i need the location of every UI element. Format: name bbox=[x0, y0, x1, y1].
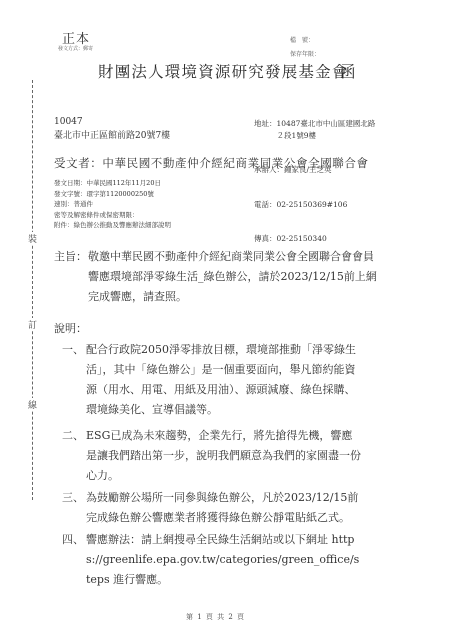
document-meta: 發文日期：中華民國112年11月20日 發文字號：環字第1120000250號 … bbox=[54, 178, 171, 231]
page-number: 第 1 頁 共 2 頁 bbox=[186, 612, 245, 622]
explanation-item: 二、 ESG已成為未來趨勢，企業先行，將先搶得先機，響應是讓我們踏出第一步，說明… bbox=[62, 426, 362, 486]
binding-char-xian: 線 bbox=[28, 398, 37, 411]
explanation-item: 一、 配合行政院2050淨零排放目標，環境部推動「淨零綠生活」，其中「綠色辦公」… bbox=[62, 340, 362, 420]
item-number: 三、 bbox=[62, 488, 84, 508]
sender-fax: 傳真：02-25150340 bbox=[254, 233, 375, 245]
item-number: 一、 bbox=[62, 340, 84, 360]
item-text: 配合行政院2050淨零排放目標，環境部推動「淨零綠生活」，其中「綠色辦公」是一個… bbox=[86, 340, 362, 420]
addressee: 受文者：中華民國不動產仲介經紀商業同業公會全國聯合會 bbox=[54, 155, 369, 171]
item-number: 四、 bbox=[62, 530, 84, 550]
subject-text: 敬邀中華民國不動產仲介經紀商業同業公會全國聯合會會員響應環境部淨零綠生活_綠色辦… bbox=[88, 247, 384, 307]
secrecy-level: 密等及解密條件或保密期限： bbox=[54, 210, 171, 221]
document-number: 發文字號：環字第1120000250號 bbox=[54, 189, 171, 200]
recipient-zip: 10047 bbox=[54, 117, 83, 127]
binding-char-zhuang: 裝 bbox=[28, 232, 37, 245]
send-method: 發文方式：郵寄 bbox=[58, 45, 93, 52]
item-text: 響應辦法：請上網搜尋全民綠生活網站或以下網址 https://greenlife… bbox=[86, 530, 362, 590]
sender-info: 地址：10487臺北市中山區建國北路 ２段1號9樓 承辦人：鍾家良/王芝英 電話… bbox=[254, 95, 375, 256]
explanation-item: 三、 為鼓勵辦公場所一同參與綠色辦公，凡於2023/12/15前完成綠色辦公響應… bbox=[62, 488, 362, 528]
item-text: ESG已成為未來趨勢，企業先行，將先搶得先機，響應是讓我們踏出第一步，說明我們願… bbox=[86, 426, 362, 486]
letter-type: 函 bbox=[340, 60, 356, 82]
file-number-label: 檔 號： bbox=[290, 35, 314, 44]
item-number: 二、 bbox=[62, 426, 84, 446]
subject-section: 主旨： 敬邀中華民國不動產仲介經紀商業同業公會全國聯合會會員響應環境部淨零綠生活… bbox=[54, 247, 384, 307]
explanation-label: 說明： bbox=[54, 320, 87, 336]
organization-title: 財團法人環境資源研究發展基金會 bbox=[98, 60, 349, 82]
binding-line bbox=[32, 80, 33, 500]
retention-label: 保存年限： bbox=[290, 49, 320, 58]
subject-label: 主旨： bbox=[54, 247, 87, 267]
recipient-address: 臺北市中正區館前路20號7樓 bbox=[54, 128, 170, 141]
explanation-item: 四、 響應辦法：請上網搜尋全民綠生活網站或以下網址 https://greenl… bbox=[62, 530, 362, 590]
item-text: 為鼓勵辦公場所一同參與綠色辦公，凡於2023/12/15前完成綠色辦公響應業者將… bbox=[86, 488, 362, 528]
sender-address: 地址：10487臺北市中山區建國北路 ２段1號9樓 bbox=[254, 118, 375, 141]
delivery-speed: 速別：普通件 bbox=[54, 199, 171, 210]
issue-date: 發文日期：中華民國112年11月20日 bbox=[54, 178, 171, 189]
sender-phone: 電話：02-25150369#106 bbox=[254, 199, 375, 211]
attachment: 附件：綠色辦公推動及響應辦法細部說明 bbox=[54, 220, 171, 231]
binding-char-ding: 訂 bbox=[28, 318, 37, 331]
